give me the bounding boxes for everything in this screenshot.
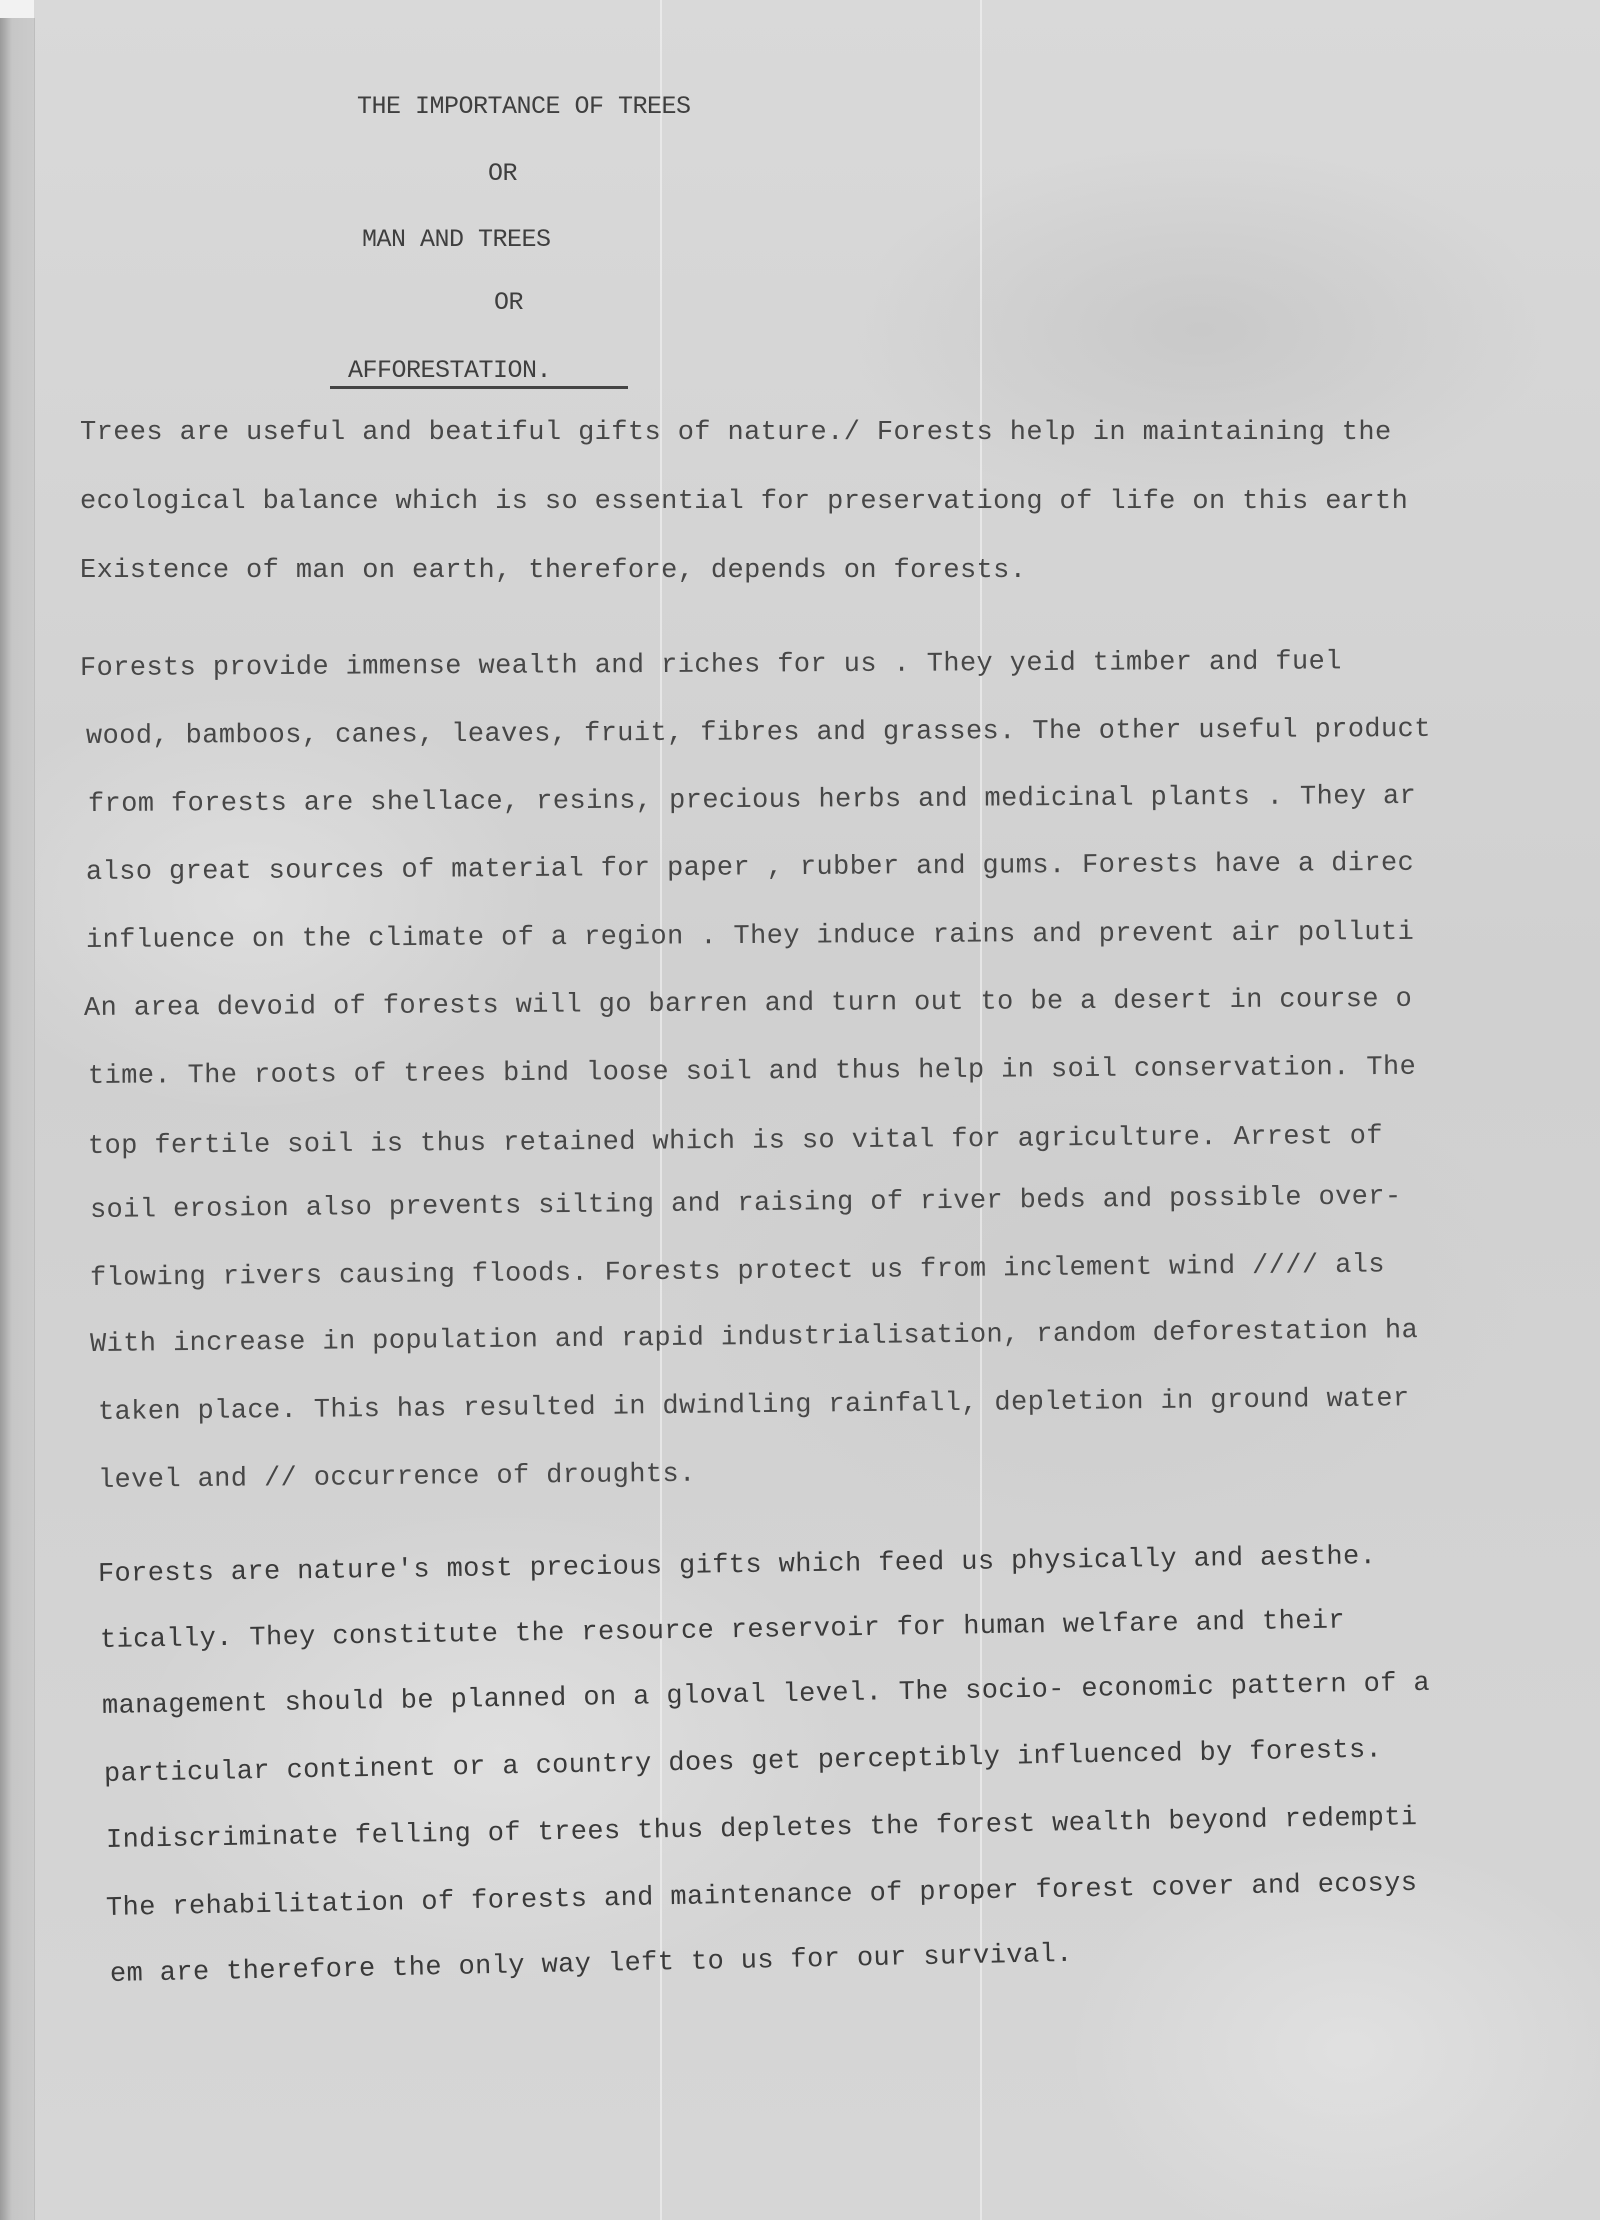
title-or-1: OR: [488, 159, 517, 188]
title-or-2: OR: [494, 288, 523, 317]
title-alt-1: MAN AND TREES: [362, 225, 551, 254]
title-main: THE IMPORTANCE OF TREES: [357, 92, 691, 121]
paper-corner: [0, 0, 34, 18]
paragraph-1-line: Trees are useful and beatiful gifts of n…: [80, 418, 1392, 448]
title-alt-2: AFFORESTATION.: [348, 356, 551, 385]
paragraph-1-line: Existence of man on earth, therefore, de…: [80, 556, 1026, 586]
binding-edge: [0, 18, 35, 2220]
paragraph-1-line: ecological balance which is so essential…: [80, 487, 1408, 517]
title-underline: [330, 386, 628, 389]
paragraph-2-line: level and // occurrence of droughts.: [98, 1460, 696, 1496]
